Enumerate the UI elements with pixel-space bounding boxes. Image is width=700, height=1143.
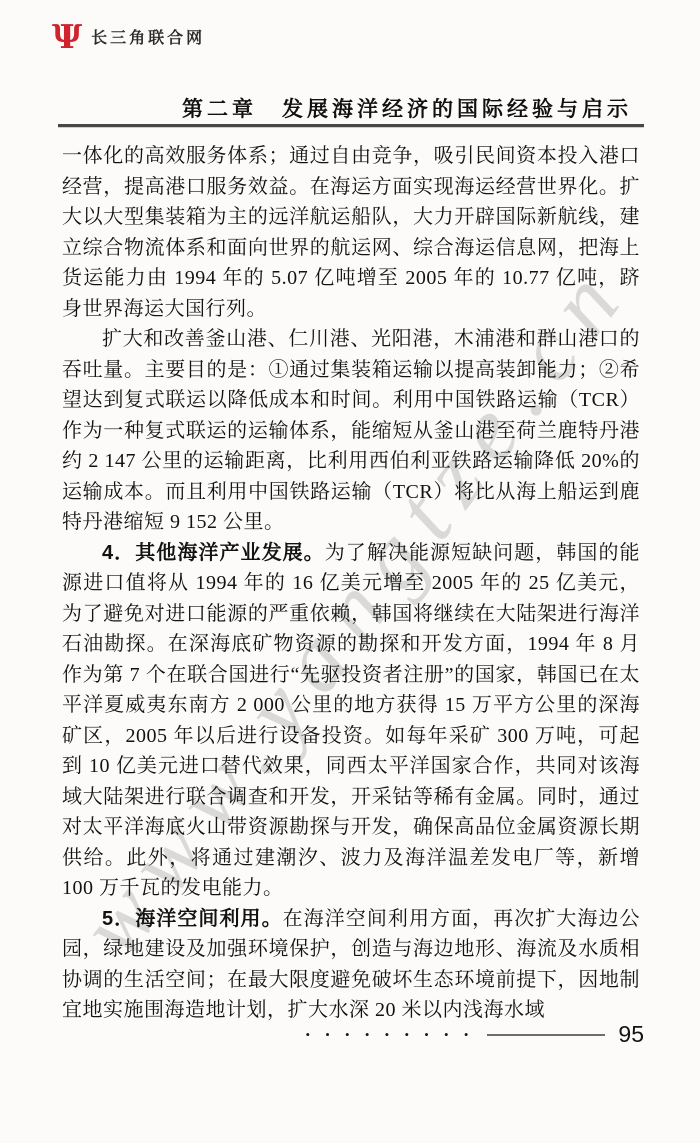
- body-text: 一体化的高效服务体系；通过自由竞争，吸引民间资本投入港口经营，提高港口服务效益。…: [62, 141, 640, 1026]
- paragraph-text: 为了解决能源短缺问题，韩国的能源进口值将从 1994 年的 16 亿美元增至 2…: [62, 542, 640, 900]
- header-rule: [58, 124, 644, 127]
- chapter-header-title: 第二章 发展海洋经济的国际经验与启示: [62, 93, 640, 123]
- paragraph-text: 扩大和改善釜山港、仁川港、光阳港，木浦港和群山港口的吞吐量。主要目的是：①通过集…: [62, 328, 640, 533]
- page-footer: • • • • • • • • • 95: [305, 1023, 644, 1046]
- page-number: 95: [618, 1023, 644, 1046]
- section-5-heading: 5．海洋空间利用。: [102, 908, 283, 930]
- paragraph-continuation: 一体化的高效服务体系；通过自由竞争，吸引民间资本投入港口经营，提高港口服务效益。…: [62, 141, 640, 324]
- document-page: Ψ 长三角联合网 第二章 发展海洋经济的国际经验与启示 www.yangtze.…: [0, 0, 700, 1143]
- paragraph-text: 一体化的高效服务体系；通过自由竞争，吸引民间资本投入港口经营，提高港口服务效益。…: [62, 145, 640, 320]
- psi-trident-logo-icon: Ψ: [52, 20, 82, 53]
- logo-site-name: 长三角联合网: [91, 25, 205, 48]
- paragraph-ports: 扩大和改善釜山港、仁川港、光阳港，木浦港和群山港口的吞吐量。主要目的是：①通过集…: [62, 324, 640, 538]
- section-4-heading: 4．其他海洋产业发展。: [102, 542, 325, 564]
- site-logo: Ψ 长三角联合网: [52, 20, 205, 53]
- footer-rule: [487, 1034, 605, 1036]
- footer-dots: • • • • • • • • •: [305, 1028, 474, 1041]
- paragraph-section-4: 4．其他海洋产业发展。为了解决能源短缺问题，韩国的能源进口值将从 1994 年的…: [62, 538, 640, 904]
- paragraph-section-5: 5．海洋空间利用。在海洋空间利用方面，再次扩大海边公园，绿地建设及加强环境保护，…: [62, 904, 640, 1026]
